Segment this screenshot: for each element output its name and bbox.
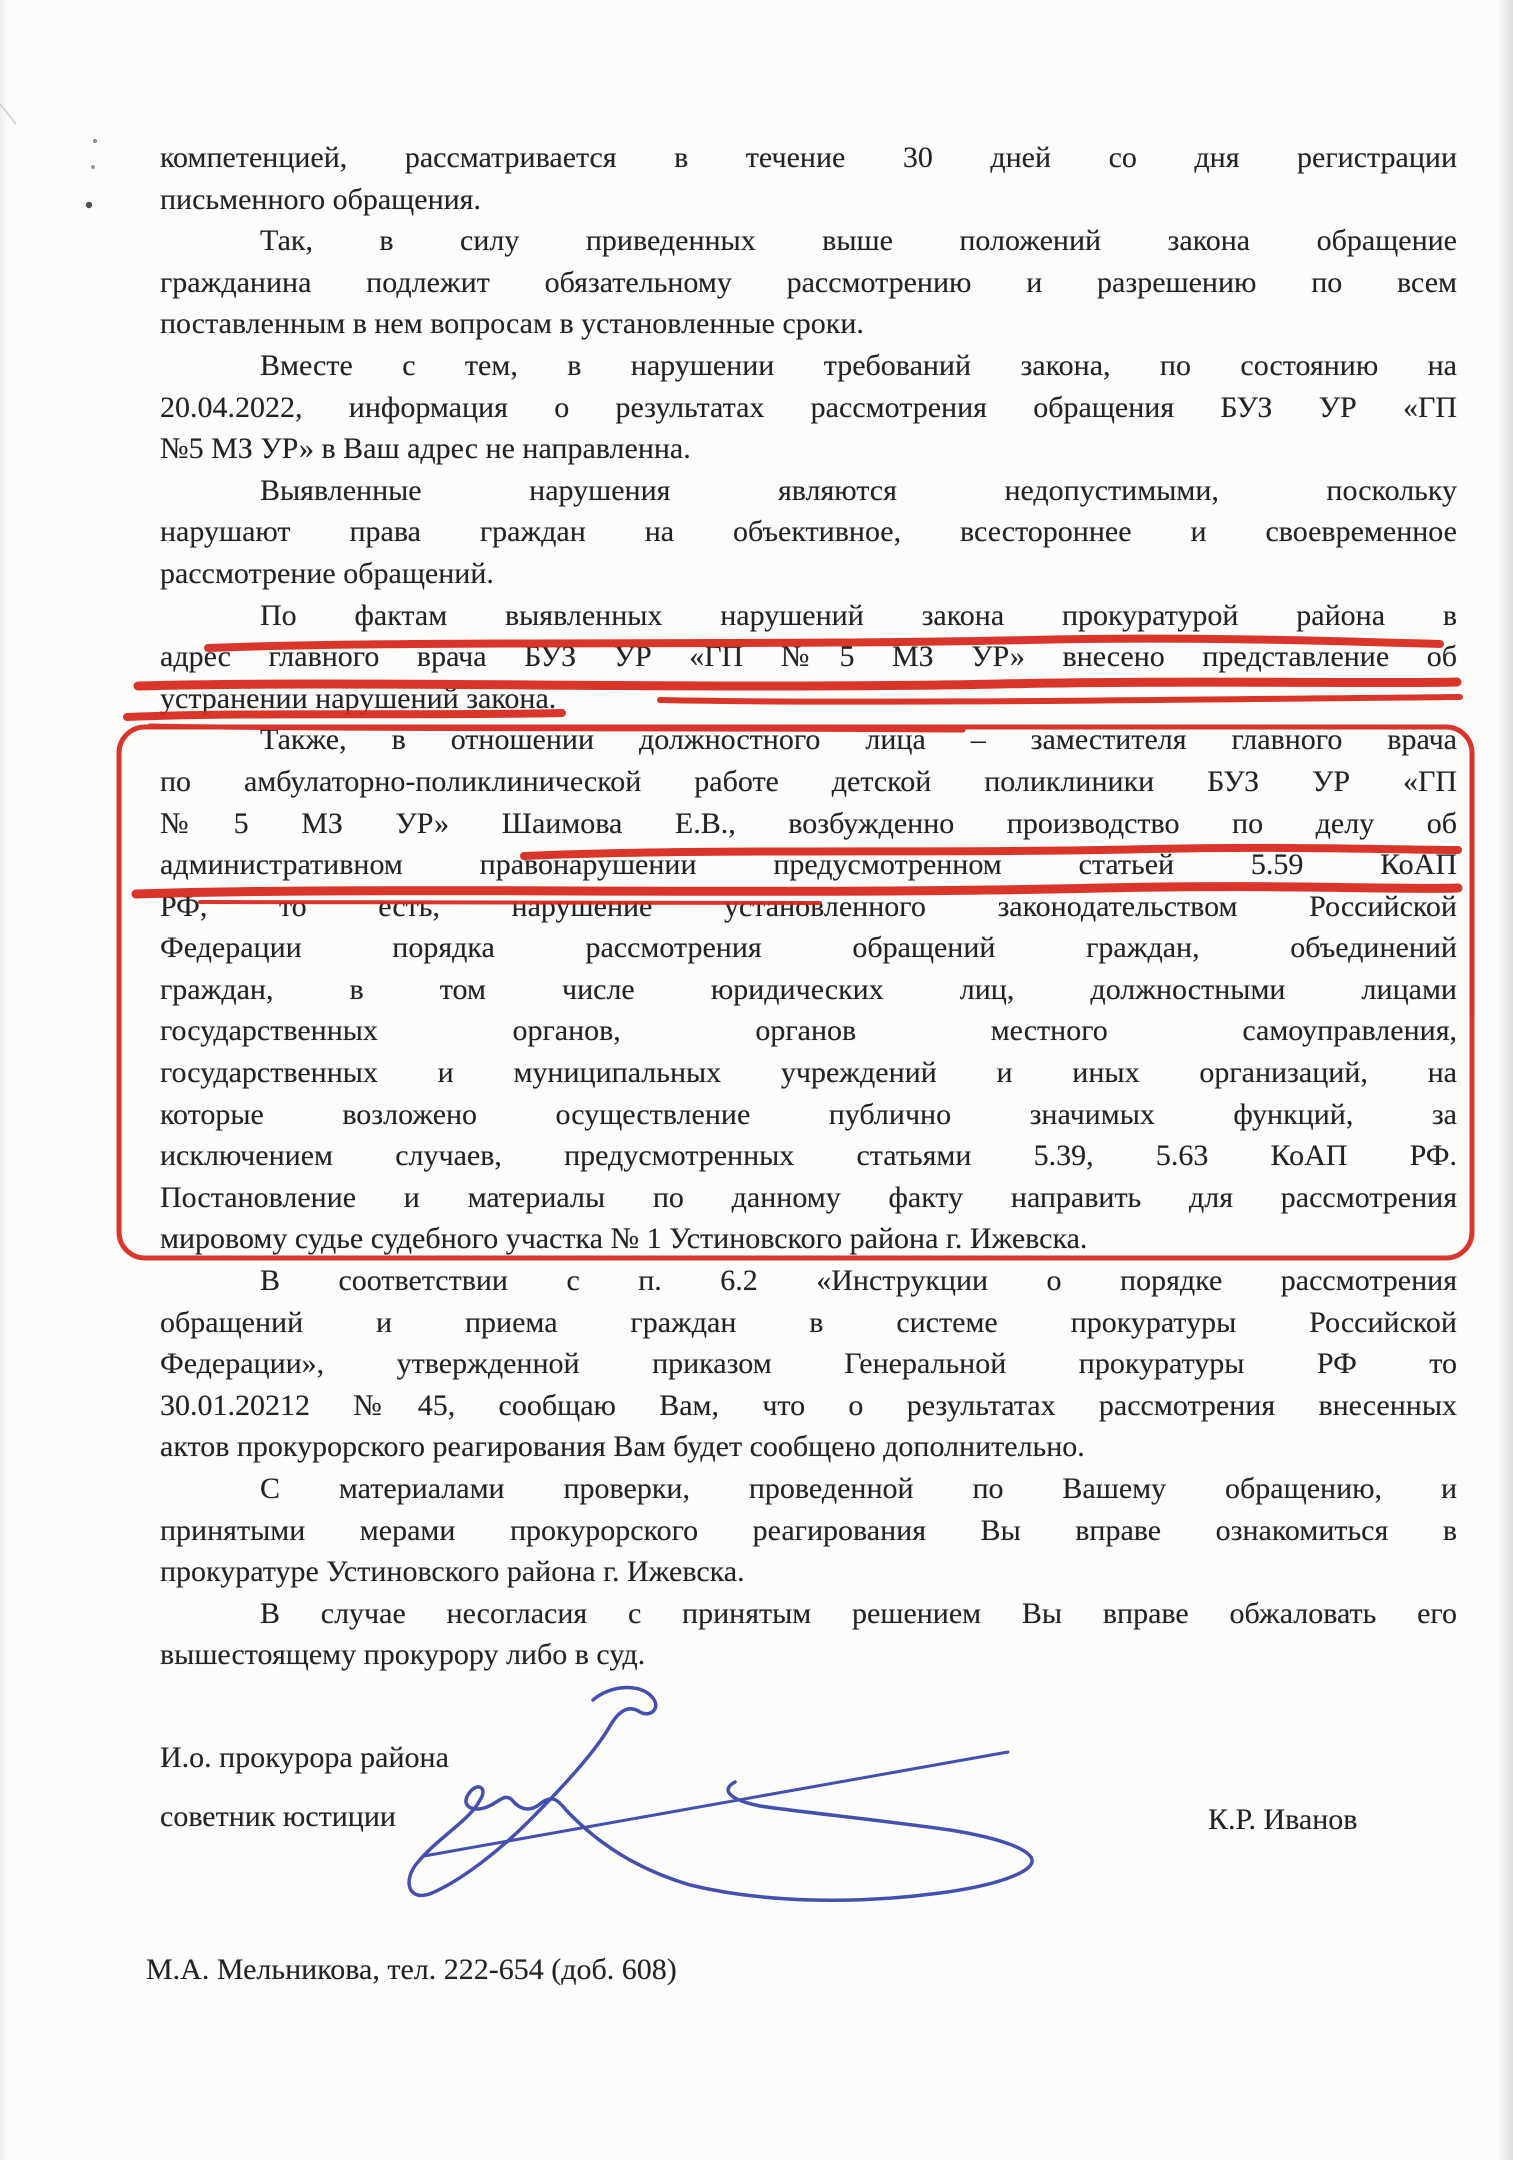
text-line: исключением случаев, предусмотренных ста… [160,1135,1457,1177]
document-body: компетенцией, рассматривается в течение … [160,137,1457,1676]
text-line: Также, в отношении должностного лица – з… [160,719,1457,761]
paragraph: компетенцией, рассматривается в течение … [160,137,1457,220]
scan-edge-shadow-left [0,0,8,2160]
text-line: актов прокурорского реагирования Вам буд… [160,1426,1457,1468]
signoff-role-line1: И.о. прокурора района [160,1740,449,1776]
text-line: письменного обращения. [160,179,1457,221]
text-line: мировому судье судебного участка № 1 Уст… [160,1218,1457,1260]
paragraph: Так, в силу приведенных выше положений з… [160,220,1457,345]
text-line: Постановление и материалы по данному фак… [160,1177,1457,1219]
text-line: граждан, в том числе юридических лиц, до… [160,969,1457,1011]
text-line: принятыми мерами прокурорского реагирова… [160,1510,1457,1552]
text-line: Так, в силу приведенных выше положений з… [160,220,1457,262]
text-line: административном правонарушении предусмо… [160,844,1457,886]
text-line: рассмотрение обращений. [160,553,1457,595]
text-line: Федерации порядка рассмотрения обращений… [160,927,1457,969]
text-line: адрес главного врача БУЗ УР «ГП №5 МЗ УР… [160,636,1457,678]
text-line: поставленным в нем вопросам в установлен… [160,303,1457,345]
text-line: №5 МЗ УР» Шаимова Е.В., возбужденно прои… [160,803,1457,845]
text-line: Выявленные нарушения являются недопустим… [160,470,1457,512]
text-line: В соответствии с п. 6.2 «Инструкции о по… [160,1260,1457,1302]
text-line: 30.01.20212 №45, сообщаю Вам, что о резу… [160,1385,1457,1427]
text-line: государственных и муниципальных учрежден… [160,1052,1457,1094]
paragraph: Также, в отношении должностного лица – з… [160,719,1457,1260]
text-line: обращений и приема граждан в системе про… [160,1302,1457,1344]
paragraph: По фактам выявленных нарушений закона пр… [160,595,1457,720]
text-line: устранении нарушений закона. [160,678,1457,720]
text-line: по амбулаторно-поликлинической работе де… [160,761,1457,803]
text-line: №5 МЗ УР» в Ваш адрес не направленна. [160,428,1457,470]
paragraph: Вместе с тем, в нарушении требований зак… [160,345,1457,470]
text-line: Федерации», утвержденной приказом Генера… [160,1343,1457,1385]
text-line: вышестоящему прокурору либо в суд. [160,1634,1457,1676]
paragraph: В случае несогласия с принятым решением … [160,1593,1457,1676]
text-line: 20.04.2022, информация о результатах рас… [160,387,1457,429]
text-line: РФ, то есть, нарушение установленного за… [160,886,1457,928]
paragraph: Выявленные нарушения являются недопустим… [160,470,1457,595]
text-line: государственных органов, органов местног… [160,1010,1457,1052]
text-line: нарушают права граждан на объективное, в… [160,511,1457,553]
signoff-role-line2: советник юстиции [160,1799,396,1835]
text-line: Вместе с тем, в нарушении требований зак… [160,345,1457,387]
document-page: компетенцией, рассматривается в течение … [0,0,1513,2160]
signature [409,1688,1032,1901]
text-line: которые возложено осуществление публично… [160,1094,1457,1136]
text-line: компетенцией, рассматривается в течение … [160,137,1457,179]
paragraph: С материалами проверки, проведенной по В… [160,1468,1457,1593]
text-line: прокуратуре Устиновского района г. Ижевс… [160,1551,1457,1593]
scan-specks [0,104,97,208]
paragraph: В соответствии с п. 6.2 «Инструкции о по… [160,1260,1457,1468]
text-line: С материалами проверки, проведенной по В… [160,1468,1457,1510]
executor-contact: М.А. Мельникова, тел. 222-654 (доб. 608) [146,1952,677,1988]
text-line: гражданина подлежит обязательному рассмо… [160,262,1457,304]
text-line: По фактам выявленных нарушений закона пр… [160,595,1457,637]
text-line: В случае несогласия с принятым решением … [160,1593,1457,1635]
signer-name: К.Р. Иванов [1208,1802,1357,1838]
scan-edge-shadow-right [1497,0,1513,2160]
